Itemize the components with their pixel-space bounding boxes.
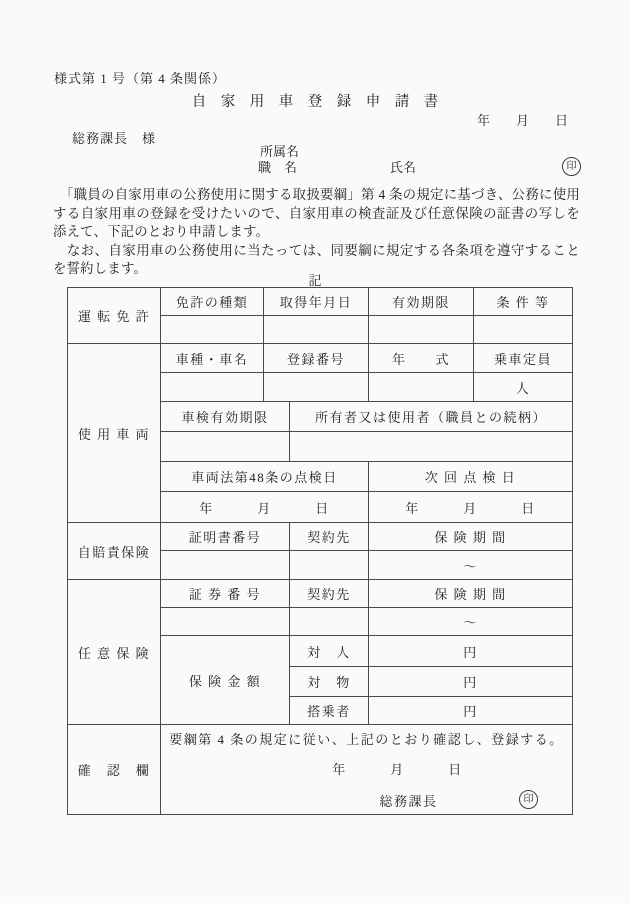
vehicle-model-header: 車種・車名 [161,344,264,373]
certificate-number-blank-cell [161,551,290,580]
vehicle-capacity-header: 乗車定員 [474,344,573,373]
form-title: 自 家 用 車 登 録 申 請 書 [0,90,630,111]
license-acquired-header: 取得年月日 [264,288,369,316]
insurance-amount-label: 保 険 金 額 [161,636,290,725]
voluntary-period-tilde: ～ [369,608,573,636]
bodily-injury-label: 対 人 [290,636,369,667]
confirmation-content-cell: 要綱第 4 条の規定に従い、上記のとおり確認し、登録する。 年 月 日 総務課長… [161,725,573,815]
license-section-label: 運 転 免 許 [68,288,161,344]
owner-blank-cell [290,432,573,462]
compulsory-period-tilde: ～ [369,551,573,580]
application-statement: 「職員の自家用車の公務使用に関する取扱要綱」第 4 条の規定に基づき、公務に使用… [53,186,580,242]
table-row: 運 転 免 許 免許の種類 取得年月日 有効期限 条 件 等 [68,288,573,316]
voluntary-contractor-blank-cell [290,608,369,636]
table-row: 自賠責保険 証明書番号 契約先 保 険 期 間 [68,523,573,551]
form-number: 様式第 1 号（第 4 条関係） [54,68,226,87]
owner-header: 所有者又は使用者（職員との続柄） [290,402,573,432]
vehicle-registration-header: 登録番号 [264,344,369,373]
vehicle-year-blank-cell [369,373,474,402]
vehicle-registration-blank-cell [264,373,369,402]
article48-inspection-header: 車両法第48条の点検日 [161,462,369,492]
article48-inspection-date-blank: 年 月 日 [161,492,369,523]
table-row: 任 意 保 険 証 券 番 号 契約先 保 険 期 間 [68,580,573,608]
license-valid-blank-cell [369,316,474,344]
license-valid-header: 有効期限 [369,288,474,316]
license-acquired-blank-cell [264,316,369,344]
compulsory-contractor-blank-cell [290,551,369,580]
position-field-label: 職 名 [258,157,297,176]
bodily-injury-amount-cell: 円 [369,636,573,667]
vehicle-capacity-unit: 人 [474,373,573,402]
confirmation-date-blank: 年 月 日 [161,759,572,778]
application-statements: 「職員の自家用車の公務使用に関する取扱要綱」第 4 条の規定に基づき、公務に使用… [53,186,580,279]
next-inspection-header: 次 回 点 検 日 [369,462,573,492]
license-type-header: 免許の種類 [161,288,264,316]
application-date-field: 年 月 日 [477,110,568,129]
table-row: 使 用 車 両 車種・車名 登録番号 年 式 乗車定員 [68,344,573,373]
property-damage-amount-cell: 円 [369,667,573,697]
applicant-signature-row: 職 名 氏名 印 [0,157,630,177]
certificate-number-header: 証明書番号 [161,523,290,551]
license-conditions-header: 条 件 等 [474,288,573,316]
registration-table: 運 転 免 許 免許の種類 取得年月日 有効期限 条 件 等 使 用 車 両 車… [67,287,573,815]
approver-seal-stamp-icon: 印 [519,790,538,809]
vehicle-model-blank-cell [161,373,264,402]
confirmation-approver-label: 総務課長 [380,794,438,809]
compulsory-contractor-header: 契約先 [290,523,369,551]
confirmation-section-label: 確 認 欄 [68,725,161,815]
passenger-label: 搭乗者 [290,697,369,725]
passenger-amount-cell: 円 [369,697,573,725]
voluntary-period-header: 保 険 期 間 [369,580,573,608]
voluntary-insurance-section-label: 任 意 保 険 [68,580,161,725]
compulsory-period-header: 保 険 期 間 [369,523,573,551]
vehicle-year-header: 年 式 [369,344,474,373]
policy-number-blank-cell [161,608,290,636]
addressee: 総務課長 様 [72,128,156,147]
confirmation-statement: 要綱第 4 条の規定に従い、上記のとおり確認し、登録する。 [161,729,572,748]
license-type-blank-cell [161,316,264,344]
next-inspection-date-blank: 年 月 日 [369,492,573,523]
inspection-expiry-blank-cell [161,432,290,462]
policy-number-header: 証 券 番 号 [161,580,290,608]
license-conditions-blank-cell [474,316,573,344]
vehicle-section-label: 使 用 車 両 [68,344,161,523]
inspection-expiry-header: 車検有効期限 [161,402,290,432]
seal-stamp-icon: 印 [562,157,581,176]
compulsory-insurance-section-label: 自賠責保険 [68,523,161,580]
voluntary-contractor-header: 契約先 [290,580,369,608]
table-row: 確 認 欄 要綱第 4 条の規定に従い、上記のとおり確認し、登録する。 年 月 … [68,725,573,815]
name-field-label: 氏名 [390,157,416,176]
confirmation-approver-row: 総務課長 印 [161,791,572,810]
application-form-page: 様式第 1 号（第 4 条関係） 自 家 用 車 登 録 申 請 書 年 月 日… [0,0,630,903]
property-damage-label: 対 物 [290,667,369,697]
